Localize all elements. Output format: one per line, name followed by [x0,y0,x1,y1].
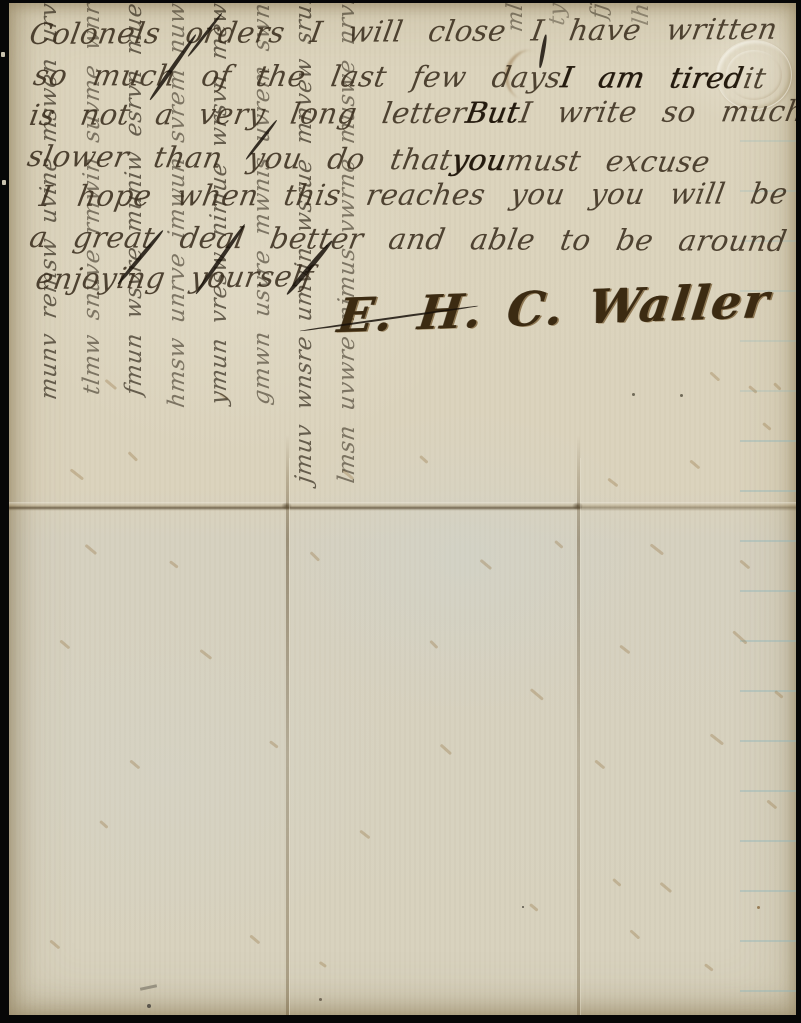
ghost-mark [710,371,721,381]
ghost-mark [612,878,621,887]
handwriting-lines: Colonels orders I will close I have writ… [30,14,790,299]
speck [319,998,322,1001]
scan-frame: munv remsw uvine mswen urvtlmw snuve rmw… [0,0,801,1023]
ghost-mark [530,688,544,700]
border-speck [2,180,6,185]
ghost-mark [319,961,327,968]
ghost-mark [359,830,370,839]
handwriting-line: Colonels orders I will close I have writ… [30,9,790,55]
ghost-mark [529,903,538,911]
handwriting-line: is not a very long letter But I write so… [30,91,790,135]
speck [147,1004,151,1008]
ghost-mark [595,759,606,769]
ruled-line [740,840,796,842]
fold-knot [572,502,583,510]
handwriting-segment: is not a very long letter [27,93,470,135]
speck [680,394,683,397]
fold-crease-highlight [580,458,582,1015]
ghost-mark [169,560,178,568]
ruled-line [740,790,796,792]
ruled-line [740,490,796,492]
ruled-line [740,940,796,942]
fold-crease-vertical-left [285,435,290,1015]
ghost-mark [200,649,213,660]
ruled-line [740,890,796,892]
handwriting-segment: slower than you do that [24,136,455,180]
border-speck [1,52,5,57]
ghost-mark [99,820,108,829]
ruled-line [740,640,796,642]
ghost-mark [269,740,278,748]
ghost-mark [440,744,452,755]
handwriting-segment: so much of the last few days [30,55,565,97]
handwriting-segment: I hope when this reaches you you will be [37,173,792,216]
pencil-smudge-dash [140,984,157,990]
ghost-mark [762,422,771,430]
ghost-mark [130,759,141,769]
ghost-mark [660,882,672,893]
speck [632,393,635,396]
ghost-mark [250,934,261,944]
fold-crease-highlight [289,458,291,1015]
ruled-line [740,590,796,592]
ghost-mark [85,544,97,555]
ghost-mark [767,799,778,809]
ruled-line [740,540,796,542]
ghost-mark [732,630,747,644]
ghost-mark [480,559,492,570]
ghost-mark [554,540,563,549]
paper-sheet: munv remsw uvine mswen urvtlmw snuve rmw… [9,3,796,1015]
ruled-line [740,690,796,692]
handwriting-segment: But [463,92,523,132]
ghost-mark [419,455,428,464]
handwriting-line: I hope when this reaches you you will be [40,173,790,216]
ruled-line [740,990,796,992]
handwriting-segment: Colonels orders I will close I have writ… [27,9,781,54]
ghost-mark [430,640,439,649]
ghost-mark [690,459,701,469]
ghost-mark [310,551,320,561]
ghost-mark [740,559,751,569]
fold-crease-vertical-right [576,435,581,1015]
handwriting-segment: enjoying yourself [33,256,317,299]
ruled-line [740,390,796,392]
fold-knot [281,502,292,510]
ghost-mark [650,543,664,555]
handwriting-segment: I write so much [516,91,796,133]
ghost-mark [619,645,630,654]
speck [522,906,524,908]
ruled-line [740,740,796,742]
fold-crease-horizontal [9,502,796,511]
ghost-mark [50,939,61,949]
ghost-mark [710,733,724,745]
speck [757,906,760,909]
ruled-line [740,340,796,342]
ruled-line [740,440,796,442]
ghost-mark [630,929,641,939]
ghost-mark [60,639,71,649]
ghost-mark [704,963,713,971]
ghost-mark [607,478,618,487]
